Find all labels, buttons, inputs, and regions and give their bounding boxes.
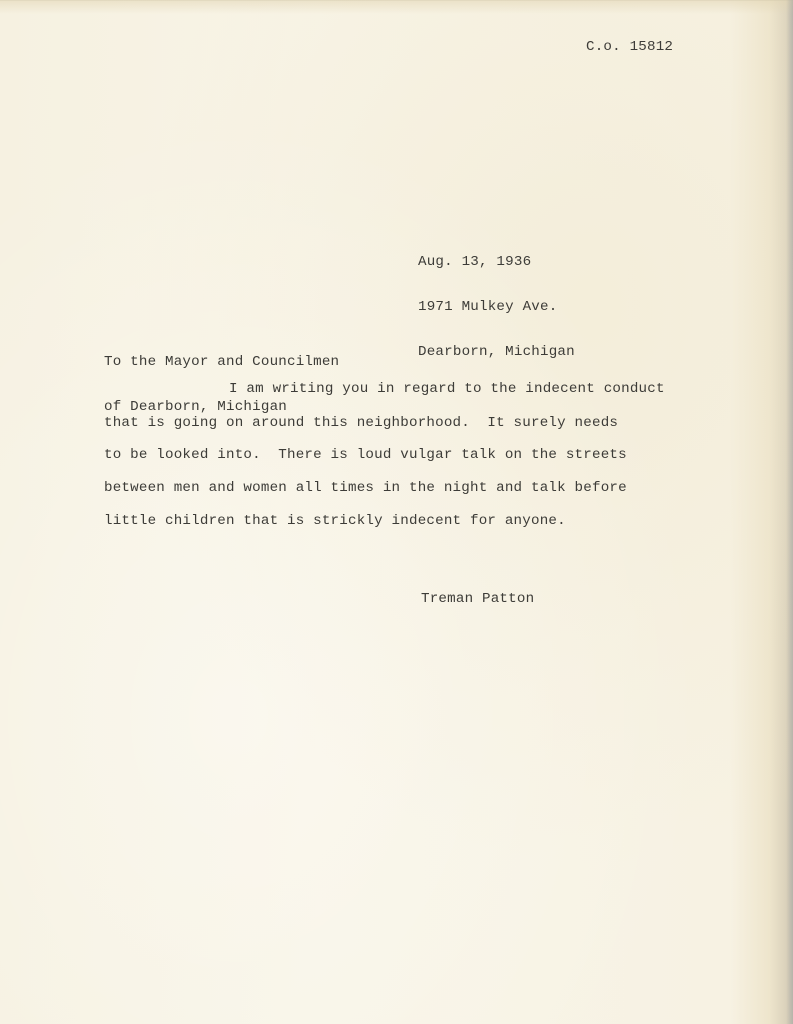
letter-page: C.o. 15812 Aug. 13, 1936 1971 Mulkey Ave… bbox=[0, 0, 793, 1024]
sender-city: Dearborn, Michigan bbox=[418, 345, 575, 360]
recipient-line-1: To the Mayor and Councilmen bbox=[104, 355, 339, 370]
sender-street: 1971 Mulkey Ave. bbox=[418, 300, 575, 315]
signature: Treman Patton bbox=[421, 592, 534, 607]
body-line-3: to be looked into. There is loud vulgar … bbox=[104, 448, 627, 463]
paper-crease bbox=[0, 0, 793, 1]
reference-number: C.o. 15812 bbox=[586, 40, 673, 55]
body-line-5: little children that is strickly indecen… bbox=[104, 514, 566, 529]
body-line-1: I am writing you in regard to the indece… bbox=[229, 382, 665, 397]
body-line-4: between men and women all times in the n… bbox=[104, 481, 627, 496]
recipient-line-2: of Dearborn, Michigan bbox=[104, 400, 339, 415]
sender-address-block: Aug. 13, 1936 1971 Mulkey Ave. Dearborn,… bbox=[418, 225, 575, 390]
body-line-2: that is going on around this neighborhoo… bbox=[104, 416, 618, 431]
letter-date: Aug. 13, 1936 bbox=[418, 255, 575, 270]
